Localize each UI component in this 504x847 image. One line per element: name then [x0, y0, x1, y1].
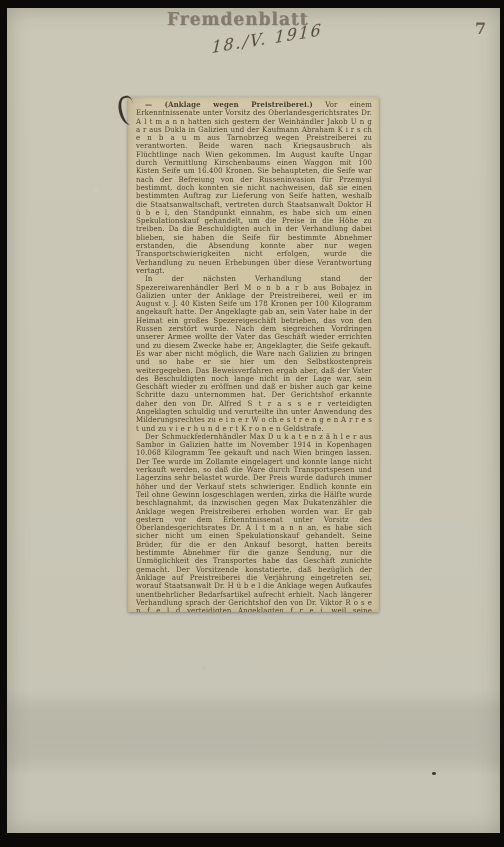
clipping-headline: — (Anklage wegen Preistreiberei.) [145, 100, 313, 109]
clipping-paragraph-1-text: Vor einem Erkenntnissenate unter Vorsitz… [136, 101, 372, 275]
album-page: Fremdenblatt 18./V. 1916 7 — (Anklage we… [7, 8, 500, 833]
clipping-paragraph-1: — (Anklage wegen Preistreiberei.) Vor ei… [136, 101, 372, 275]
fold-crease [7, 690, 500, 776]
scanned-page: Fremdenblatt 18./V. 1916 7 — (Anklage we… [0, 0, 504, 847]
newspaper-clipping: — (Anklage wegen Preistreiberei.) Vor ei… [128, 97, 379, 612]
clipping-paragraph-2: In der nächsten Verhandlung stand der Sp… [136, 275, 372, 433]
clipping-paragraph-3: Der Schmuckfedernhändler Max D u k a t e… [136, 433, 372, 612]
paper-speck [432, 772, 436, 775]
edge-tear-mark [0, 30, 7, 49]
page-number: 7 [475, 19, 486, 38]
